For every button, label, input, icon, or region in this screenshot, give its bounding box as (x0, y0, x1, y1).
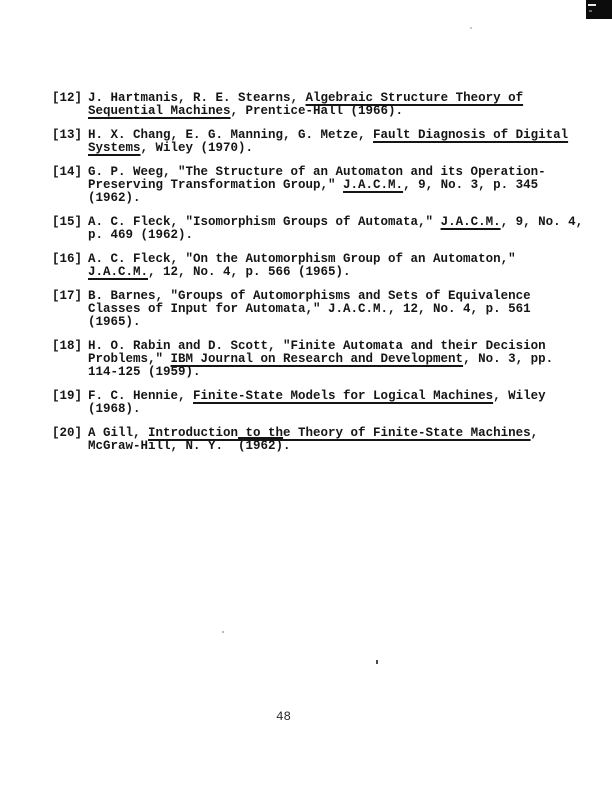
text-run: Preserving Transformation Group," (88, 178, 343, 192)
scan-speck (222, 631, 224, 633)
reference-number: [13] (52, 129, 88, 155)
reference-item: [19]F. C. Hennie, Finite-State Models fo… (52, 390, 592, 416)
text-run: (1962). (88, 191, 141, 205)
document-page: [12]J. Hartmanis, R. E. Stearns, Algebra… (0, 0, 612, 791)
text-run: , 9, No. 3, p. 345 (403, 178, 538, 192)
text-run: , (531, 426, 539, 440)
reference-number: [14] (52, 166, 88, 205)
reference-item: [17]B. Barnes, "Groups of Automorphisms … (52, 290, 592, 329)
reference-body: B. Barnes, "Groups of Automorphisms and … (88, 290, 592, 329)
reference-item: [18]H. O. Rabin and D. Scott, "Finite Au… (52, 340, 592, 379)
scan-corner-dot (589, 10, 592, 12)
text-run: McGraw-Hill, N. Y. (88, 439, 238, 453)
reference-line: Classes of Input for Automata," J.A.C.M.… (88, 303, 592, 316)
reference-body: A. C. Fleck, "On the Automorphism Group … (88, 253, 592, 279)
text-run: G. P. Weeg, "The Structure of an Automat… (88, 165, 546, 179)
reference-line: (1962). (88, 192, 592, 205)
reference-body: J. Hartmanis, R. E. Stearns, Algebraic S… (88, 92, 592, 118)
scan-speck (470, 27, 472, 29)
text-run: , Wiley (493, 389, 546, 403)
underlined-title: J.A.C.M. (343, 178, 403, 192)
reference-item: [20]A Gill, Introduction to the Theory o… (52, 427, 592, 453)
reference-number: [15] (52, 216, 88, 242)
reference-item: [16]A. C. Fleck, "On the Automorphism Gr… (52, 253, 592, 279)
reference-number: [18] (52, 340, 88, 379)
reference-number: [20] (52, 427, 88, 453)
reference-line: F. C. Hennie, Finite-State Models for Lo… (88, 390, 592, 403)
text-run: J. Hartmanis, R. E. Stearns, (88, 91, 306, 105)
reference-item: [14]G. P. Weeg, "The Structure of an Aut… (52, 166, 592, 205)
reference-number: [16] (52, 253, 88, 279)
references-list: [12]J. Hartmanis, R. E. Stearns, Algebra… (52, 92, 592, 464)
text-run: , Wiley (1970). (141, 141, 254, 155)
text-run: A. C. Fleck, "On the Automorphism Group … (88, 252, 516, 266)
reference-line: p. 469 (1962). (88, 229, 592, 242)
text-run: A. C. Fleck, "Isomorphism Groups of Auto… (88, 215, 441, 229)
reference-item: [12]J. Hartmanis, R. E. Stearns, Algebra… (52, 92, 592, 118)
text-run: , 9, No. 4, (501, 215, 584, 229)
underlined-title: Fault Diagnosis of Digital (373, 128, 568, 142)
text-run: , No. 3, pp. (463, 352, 553, 366)
reference-line: Preserving Transformation Group," J.A.C.… (88, 179, 592, 192)
overlined-text: (1962) (238, 439, 283, 453)
text-run: (1965). (88, 315, 141, 329)
reference-number: [17] (52, 290, 88, 329)
reference-line: J.A.C.M., 12, No. 4, p. 566 (1965). (88, 266, 592, 279)
reference-line: (1968). (88, 403, 592, 416)
text-run: H. X. Chang, E. G. Manning, G. Metze, (88, 128, 373, 142)
reference-line: McGraw-Hill, N. Y. (1962). (88, 440, 592, 453)
text-run: H. O. Rabin and D. Scott, "Finite Automa… (88, 339, 546, 353)
reference-line: 114-125 (1959). (88, 366, 592, 379)
text-run: p. 469 (1962). (88, 228, 193, 242)
text-run: (1968). (88, 402, 141, 416)
underlined-title: Algebraic Structure Theory of (306, 91, 524, 105)
reference-body: A Gill, Introduction to the Theory of Fi… (88, 427, 592, 453)
reference-item: [15]A. C. Fleck, "Isomorphism Groups of … (52, 216, 592, 242)
scan-corner-mark (586, 0, 612, 19)
text-run: , 12, No. 4, p. 566 (1965). (148, 265, 351, 279)
reference-line: Systems, Wiley (1970). (88, 142, 592, 155)
underlined-title: Introduction to the Theory of Finite-Sta… (148, 426, 531, 440)
page-number: 48 (276, 711, 291, 724)
underlined-title: Finite-State Models for Logical Machines (193, 389, 493, 403)
reference-body: H. O. Rabin and D. Scott, "Finite Automa… (88, 340, 592, 379)
reference-body: F. C. Hennie, Finite-State Models for Lo… (88, 390, 592, 416)
reference-line: (1965). (88, 316, 592, 329)
scan-speck (376, 660, 378, 664)
reference-body: H. X. Chang, E. G. Manning, G. Metze, Fa… (88, 129, 592, 155)
text-run: B. Barnes, "Groups of Automorphisms and … (88, 289, 531, 303)
text-run: 114-125 (1959). (88, 365, 201, 379)
underlined-title: Sequential Machines (88, 104, 231, 118)
reference-line: Sequential Machines, Prentice-Hall (1966… (88, 105, 592, 118)
reference-body: A. C. Fleck, "Isomorphism Groups of Auto… (88, 216, 592, 242)
underlined-title: Systems (88, 141, 141, 155)
reference-number: [12] (52, 92, 88, 118)
underlined-title: J.A.C.M. (441, 215, 501, 229)
scan-corner-notch (588, 4, 596, 6)
reference-item: [13]H. X. Chang, E. G. Manning, G. Metze… (52, 129, 592, 155)
text-run: Classes of Input for Automata," J.A.C.M.… (88, 302, 531, 316)
reference-number: [19] (52, 390, 88, 416)
text-run: Problems," (88, 352, 171, 366)
text-run: F. C. Hennie, (88, 389, 193, 403)
text-run: A Gill, (88, 426, 148, 440)
underlined-title: IBM Journal on Research and Development (171, 352, 464, 366)
reference-body: G. P. Weeg, "The Structure of an Automat… (88, 166, 592, 205)
text-run: . (283, 439, 291, 453)
underlined-title: J.A.C.M. (88, 265, 148, 279)
text-run: , Prentice-Hall (1966). (231, 104, 404, 118)
